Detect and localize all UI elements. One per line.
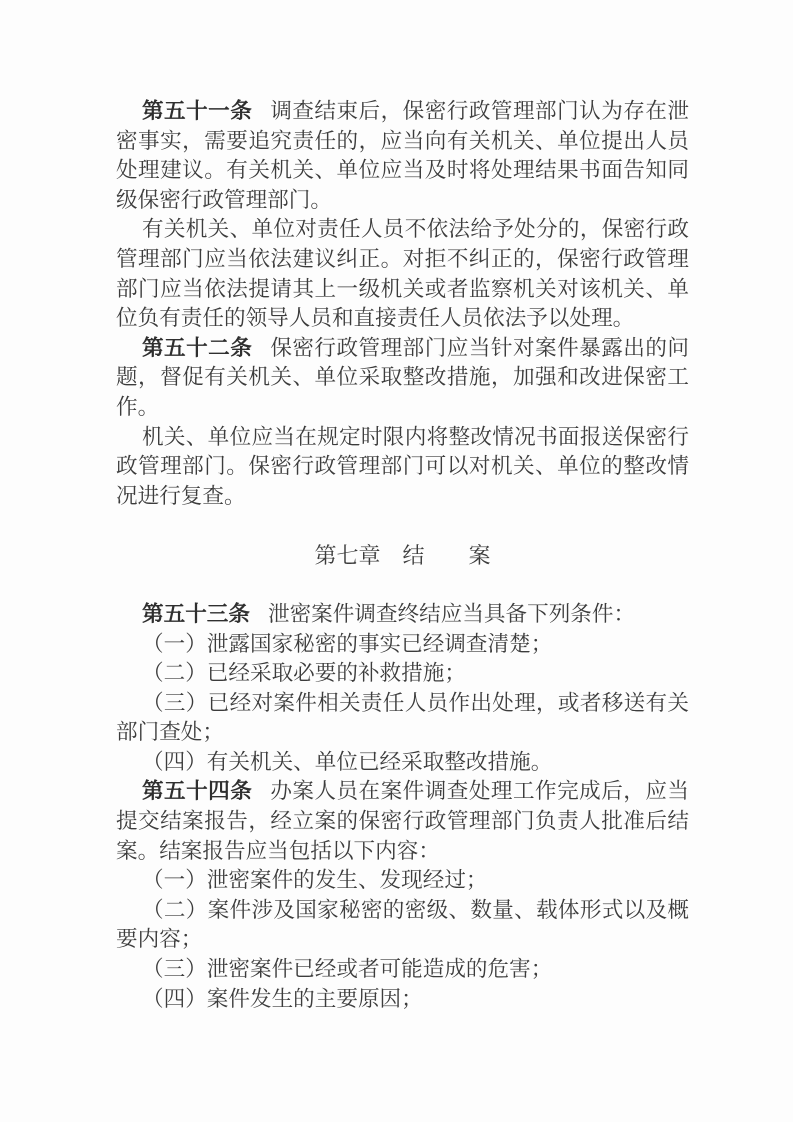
article-53-item-4: （四）有关机关、单位已经采取整改措施。 (116, 748, 689, 778)
article-53-item-2: （二）已经采取必要的补救措施； (116, 659, 689, 689)
article-53-item-3: （三）已经对案件相关责任人员作出处理，或者移送有关部门查处； (116, 689, 689, 748)
article-51-paragraph-2: 有关机关、单位对责任人员不依法给予处分的，保密行政管理部门应当依法建议纠正。对拒… (116, 215, 689, 333)
article-53-text: 泄密案件调查终结应当具备下列条件： (268, 602, 635, 626)
article-51-number: 第五十一条 (142, 99, 252, 123)
article-52-paragraph-2-text: 机关、单位应当在规定时限内将整改情况书面报送保密行政管理部门。保密行政管理部门可… (116, 425, 689, 508)
article-52-paragraph-2: 机关、单位应当在规定时限内将整改情况书面报送保密行政管理部门。保密行政管理部门可… (116, 423, 689, 512)
article-54-number: 第五十四条 (142, 779, 252, 803)
article-51-paragraph-2-text: 有关机关、单位对责任人员不依法给予处分的，保密行政管理部门应当依法建议纠正。对拒… (116, 217, 689, 330)
article-52-number: 第五十二条 (142, 336, 252, 360)
document-content: 第五十一条调查结束后，保密行政管理部门认为存在泄密事实，需要追究责任的，应当向有… (116, 97, 689, 1014)
article-53-paragraph: 第五十三条泄密案件调查终结应当具备下列条件： (116, 600, 689, 630)
document-page: 第五十一条调查结束后，保密行政管理部门认为存在泄密事实，需要追究责任的，应当向有… (0, 0, 793, 1122)
article-52-paragraph: 第五十二条保密行政管理部门应当针对案件暴露出的问题，督促有关机关、单位采取整改措… (116, 334, 689, 423)
article-51-paragraph: 第五十一条调查结束后，保密行政管理部门认为存在泄密事实，需要追究责任的，应当向有… (116, 97, 689, 215)
article-53-item-1: （一）泄露国家秘密的事实已经调查清楚； (116, 630, 689, 660)
article-54-item-3: （三）泄密案件已经或者可能造成的危害； (116, 955, 689, 985)
article-54-paragraph: 第五十四条办案人员在案件调查处理工作完成后，应当提交结案报告，经立案的保密行政管… (116, 777, 689, 866)
article-54-item-1-text: （一）泄密案件的发生、发现经过； (142, 868, 488, 892)
article-54-item-4-text: （四）案件发生的主要原因； (142, 987, 423, 1011)
chapter-7-heading: 第七章 结 案 (116, 541, 689, 571)
article-54-item-2-text: （二）案件涉及国家秘密的密级、数量、载体形式以及概要内容； (116, 898, 689, 952)
article-53-item-2-text: （二）已经采取必要的补救措施； (142, 661, 466, 685)
article-54-item-2: （二）案件涉及国家秘密的密级、数量、载体形式以及概要内容； (116, 896, 689, 955)
article-54-item-3-text: （三）泄密案件已经或者可能造成的危害； (142, 957, 552, 981)
article-53-item-4-text: （四）有关机关、单位已经采取整改措施。 (142, 750, 552, 774)
article-53-number: 第五十三条 (142, 602, 250, 626)
article-53-item-3-text: （三）已经对案件相关责任人员作出处理，或者移送有关部门查处； (116, 691, 689, 745)
article-54-item-1: （一）泄密案件的发生、发现经过； (116, 866, 689, 896)
article-54-item-4: （四）案件发生的主要原因； (116, 985, 689, 1015)
article-53-item-1-text: （一）泄露国家秘密的事实已经调查清楚； (142, 632, 552, 656)
